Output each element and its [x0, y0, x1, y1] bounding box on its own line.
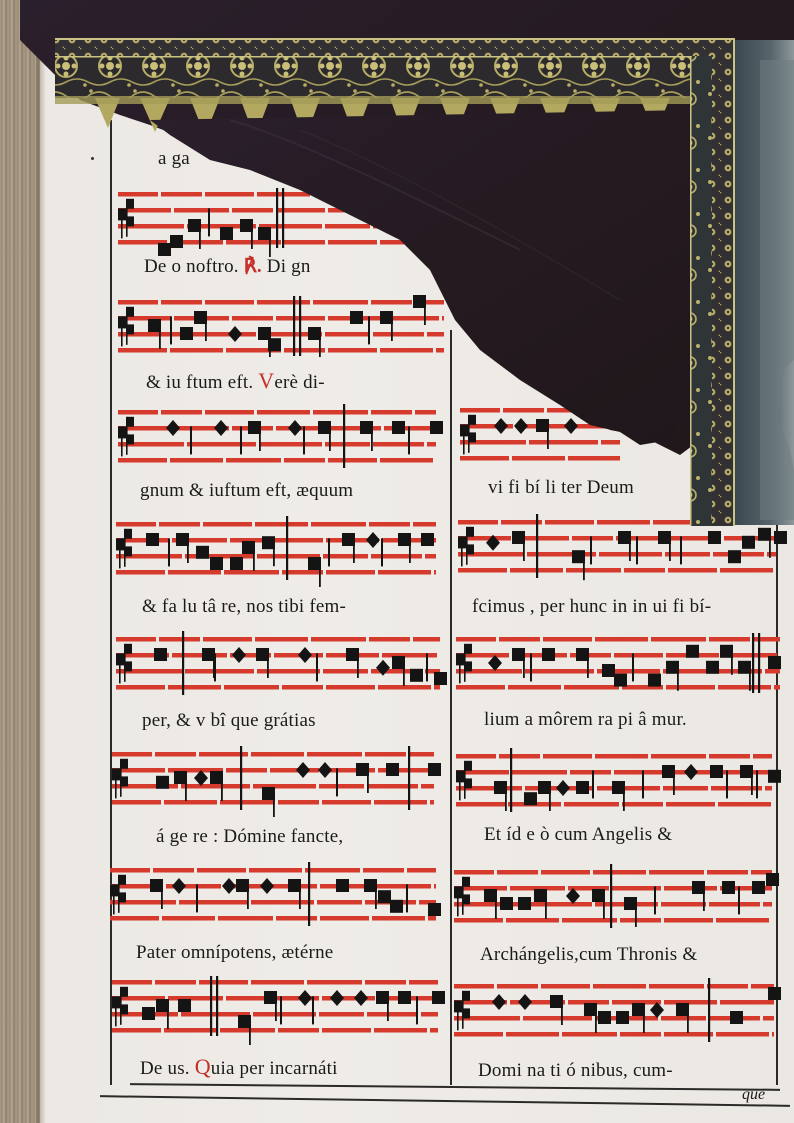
page-fore-edge	[0, 0, 40, 1123]
music-staff	[116, 520, 436, 580]
right-column-outer-rule	[776, 520, 778, 1085]
left-column-outer-rule	[110, 120, 112, 1085]
rubric-initial: Q	[195, 1054, 211, 1079]
music-staff	[454, 868, 772, 928]
music-staff	[110, 866, 436, 926]
lyric-text: á ge re : Dómine fancte,	[156, 826, 343, 847]
lyric-text: lium a môrem ra pi â mur.	[484, 709, 687, 730]
bottom-frame-rule	[130, 1083, 780, 1090]
lyric-text: vi fi bí li ter Deum	[488, 477, 634, 498]
lyric-text: & iu ftum eft.	[146, 372, 258, 393]
column-divider-rule	[450, 330, 452, 1085]
lyric-text: gnum & iuftum eft, æquum	[140, 480, 353, 501]
lyric-text: Et íd e ò cum Angelis &	[484, 824, 672, 845]
lyric-text: De o noftro.	[144, 256, 244, 277]
catchword: que	[742, 1086, 765, 1104]
music-staff	[112, 978, 438, 1038]
music-staff	[118, 298, 444, 358]
edge-shadow	[36, 0, 46, 1123]
lower-frame-rule	[100, 1095, 790, 1106]
lyric-line: & fa lu tâ re, nos tibi fem-	[142, 596, 346, 618]
lyric-line: Archángelis,cum Thronis &	[480, 944, 697, 966]
music-staff	[116, 635, 440, 695]
lyric-line: Et íd e ò cum Angelis &	[484, 824, 672, 846]
music-staff	[454, 982, 774, 1042]
lyric-text: Di gn	[262, 256, 311, 277]
music-staff	[456, 752, 772, 812]
lyric-line: gnum & iuftum eft, æquum	[140, 480, 353, 502]
music-staff	[456, 635, 780, 695]
lyric-line: per, & v bî que grátias	[142, 710, 316, 732]
lyric-text: a ga	[158, 148, 190, 169]
lyric-text: uia per incarnáti	[211, 1058, 338, 1079]
lyric-text: fcimus , per hunc in in ui fi bí-	[472, 596, 711, 617]
lyric-line: vi fi bí li ter Deum	[488, 477, 634, 499]
music-staff	[118, 190, 448, 250]
ink-dot	[91, 157, 94, 160]
lyric-line: Pater omnípotens, ætérne	[136, 942, 333, 964]
rubric-initial: V	[258, 368, 274, 393]
lyric-line: Domi na ti ó nibus, cum-	[478, 1060, 673, 1082]
lyric-text: Domi na ti ó nibus, cum-	[478, 1060, 673, 1081]
book-cover-overlay	[0, 0, 794, 560]
book-page: a ga De o noftro. ℟. Di gn & iu ftum eft…	[0, 0, 794, 1123]
lyric-line: De o noftro. ℟. Di gn	[144, 255, 311, 278]
lyric-text: per, & v bî que grátias	[142, 710, 316, 731]
lyric-text: De us.	[140, 1058, 195, 1079]
lyric-line: De us. Quia per incarnáti	[140, 1054, 338, 1080]
lyric-line: fcimus , per hunc in in ui fi bí-	[472, 596, 711, 618]
music-staff	[458, 518, 776, 578]
music-staff	[460, 406, 620, 466]
lyric-line: á ge re : Dómine fancte,	[156, 826, 343, 848]
lyric-line: & iu ftum eft. Verè di-	[146, 368, 325, 394]
lyric-line: a ga	[158, 148, 190, 170]
lyric-line: lium a môrem ra pi â mur.	[484, 709, 687, 731]
music-staff	[118, 408, 436, 468]
rubric-initial: ℟.	[244, 256, 262, 277]
lyric-text: Pater omnípotens, ætérne	[136, 942, 333, 963]
lyric-text: erè di-	[274, 372, 324, 393]
lyric-text: & fa lu tâ re, nos tibi fem-	[142, 596, 346, 617]
lyric-text: Archángelis,cum Thronis &	[480, 944, 697, 965]
music-staff	[112, 750, 434, 810]
